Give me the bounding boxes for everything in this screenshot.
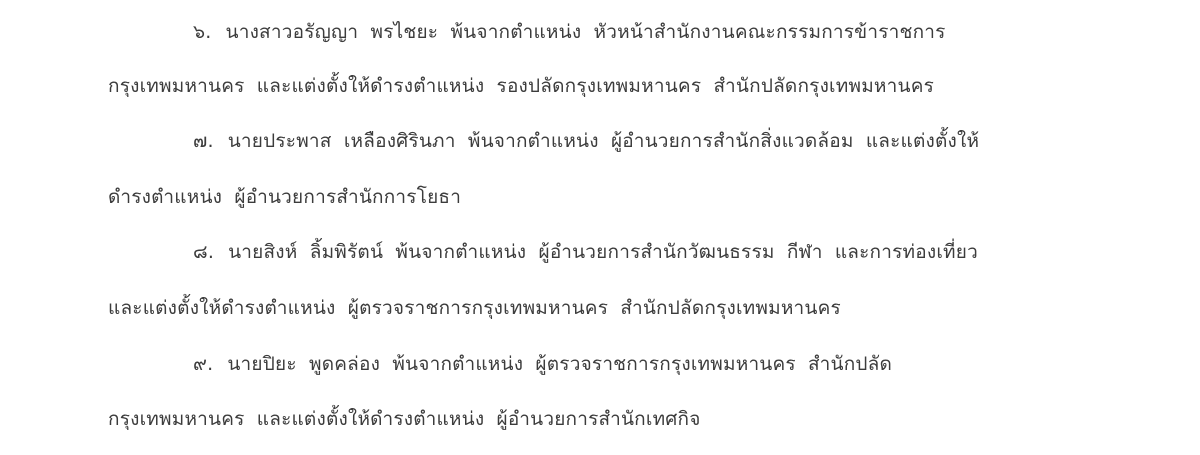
item-6-line-1: ๖.นางสาวอรัญญา พรไชยะ พ้นจากตำแหน่ง หัวห…	[193, 18, 946, 46]
item-number: ๗.	[193, 130, 214, 152]
document-page: ๖.นางสาวอรัญญา พรไชยะ พ้นจากตำแหน่ง หัวห…	[0, 0, 1200, 455]
item-text: ดำรงตำแหน่ง ผู้อำนวยการสำนักการโยธา	[108, 186, 461, 208]
item-7-line-2: ดำรงตำแหน่ง ผู้อำนวยการสำนักการโยธา	[108, 183, 461, 211]
item-text: กรุงเทพมหานคร และแต่งตั้งให้ดำรงตำแหน่ง …	[108, 75, 934, 97]
item-text: กรุงเทพมหานคร และแต่งตั้งให้ดำรงตำแหน่ง …	[108, 408, 701, 430]
item-text: นายประพาส เหลืองศิรินภา พ้นจากตำแหน่ง ผู…	[228, 130, 980, 152]
item-number: ๙.	[193, 353, 213, 375]
item-text: และแต่งตั้งให้ดำรงตำแหน่ง ผู้ตรวจราชการก…	[108, 297, 841, 319]
item-8-line-2: และแต่งตั้งให้ดำรงตำแหน่ง ผู้ตรวจราชการก…	[108, 294, 841, 322]
item-text: นางสาวอรัญญา พรไชยะ พ้นจากตำแหน่ง หัวหน้…	[226, 21, 946, 43]
item-number: ๘.	[193, 241, 214, 263]
item-text: นายสิงห์ ลิ้มพิรัตน์ พ้นจากตำแหน่ง ผู้อำ…	[228, 241, 978, 263]
item-9-line-2: กรุงเทพมหานคร และแต่งตั้งให้ดำรงตำแหน่ง …	[108, 405, 701, 433]
item-text: นายปิยะ พูดคล่อง พ้นจากตำแหน่ง ผู้ตรวจรา…	[227, 353, 892, 375]
item-8-line-1: ๘.นายสิงห์ ลิ้มพิรัตน์ พ้นจากตำแหน่ง ผู้…	[193, 238, 978, 266]
item-number: ๖.	[193, 21, 212, 43]
item-7-line-1: ๗.นายประพาส เหลืองศิรินภา พ้นจากตำแหน่ง …	[193, 127, 979, 155]
item-9-line-1: ๙.นายปิยะ พูดคล่อง พ้นจากตำแหน่ง ผู้ตรวจ…	[193, 350, 892, 378]
item-6-line-2: กรุงเทพมหานคร และแต่งตั้งให้ดำรงตำแหน่ง …	[108, 72, 934, 100]
